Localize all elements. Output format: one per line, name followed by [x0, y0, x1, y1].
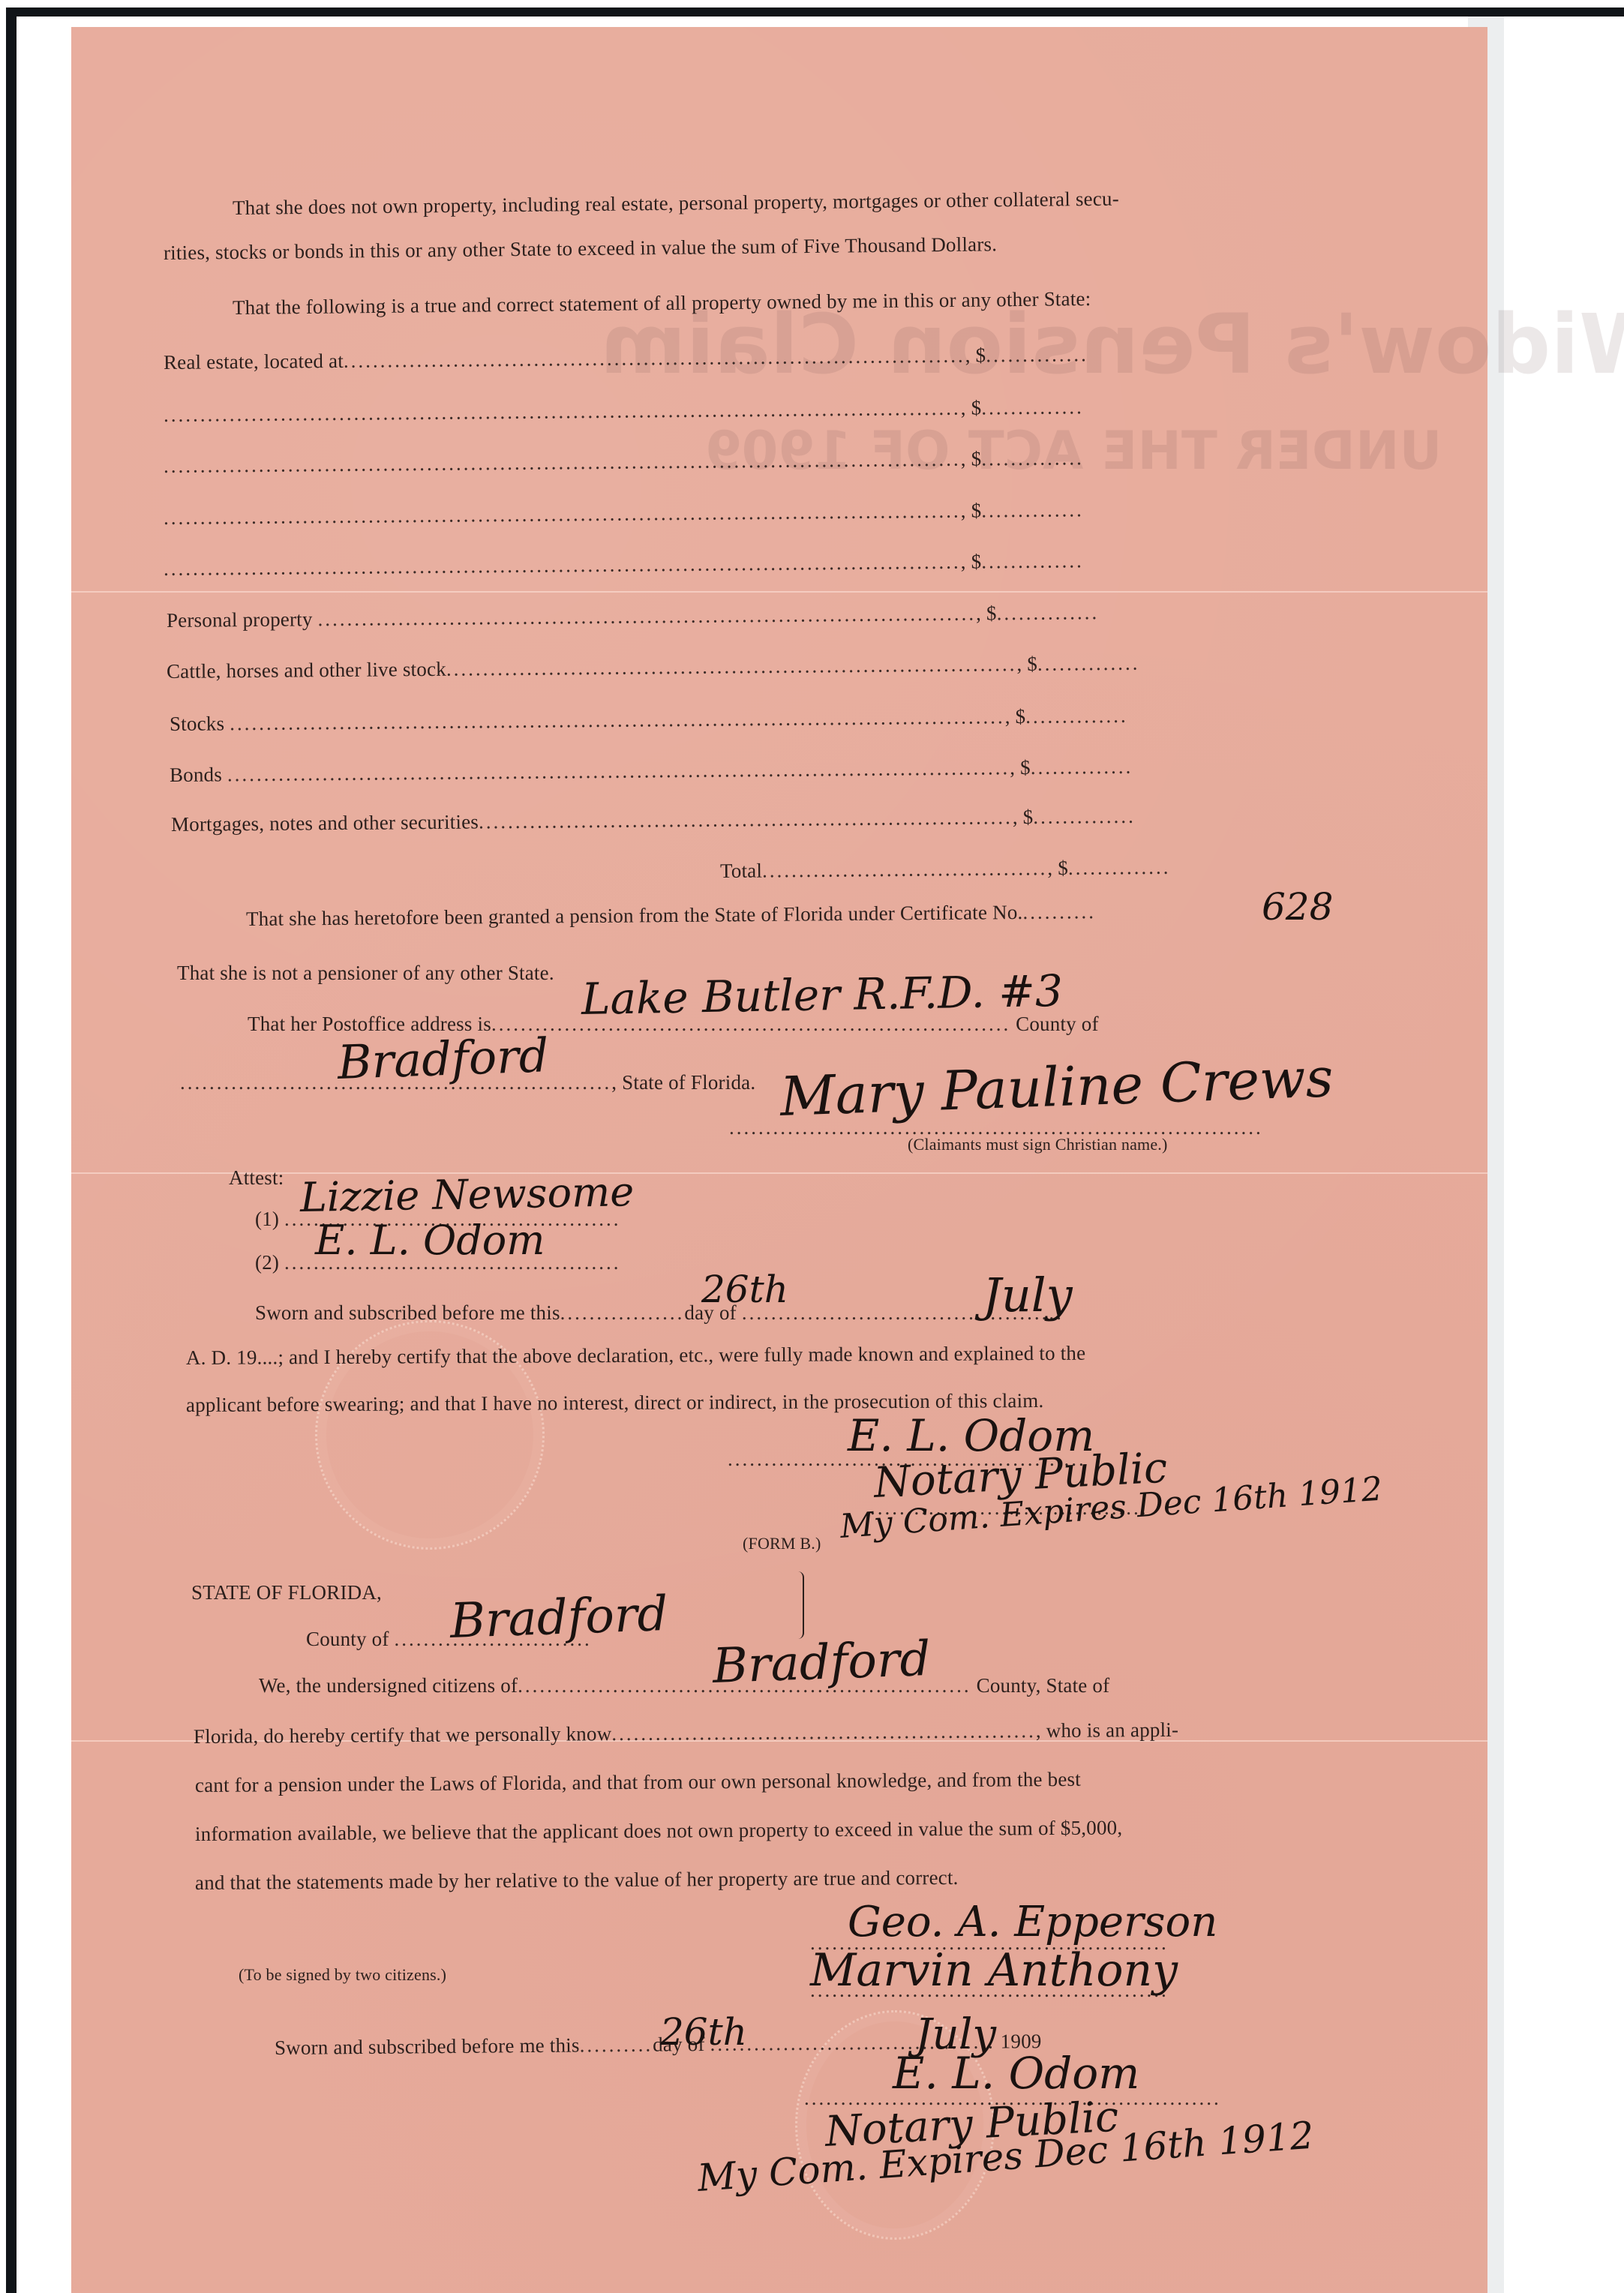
row-label: Bonds [170, 763, 222, 786]
row-label: Personal property [167, 608, 313, 632]
state-of-florida-heading: STATE OF FLORIDA, [191, 1581, 382, 1604]
attest-label: Attest: [229, 1166, 284, 1190]
paper-fold-line [71, 591, 1487, 593]
value-field[interactable]: .............. [981, 549, 1084, 572]
witness-1-signature[interactable]: Lizzie Newsome [299, 1168, 634, 1221]
form-b-label: (FORM B.) [743, 1534, 821, 1553]
claimant-note: (Claimants must sign Christian name.) [908, 1135, 1168, 1154]
value-field[interactable]: .............. [981, 395, 1084, 419]
citizens-county-value[interactable]: Bradford [712, 1631, 932, 1694]
dollar-sign: $ [1027, 653, 1037, 675]
sworn-line-1: Sworn and subscribed before me this.....… [255, 1301, 1064, 1325]
citizen-signature-2[interactable]: Marvin Anthony [810, 1944, 1178, 1997]
notary-signature-2[interactable]: E. L. Odom [893, 2048, 1139, 2099]
value-field[interactable]: .............. [981, 498, 1084, 521]
value-field[interactable]: .............. [1068, 856, 1171, 879]
value-field[interactable]: .............. [981, 446, 1084, 470]
dollar-sign: $ [971, 550, 981, 572]
certificate-number[interactable]: 628 [1262, 885, 1333, 929]
dollar-sign: $ [986, 602, 997, 624]
sworn-day-value[interactable]: 26th [701, 1268, 788, 1311]
row-label: Cattle, horses and other live stock [167, 658, 446, 683]
postoffice-address-value[interactable]: Lake Butler R.F.D. #3 [581, 965, 1063, 1025]
dollar-sign: $ [1058, 857, 1068, 879]
form-b-county-value[interactable]: Bradford [449, 1586, 669, 1649]
county-bracket [795, 1571, 804, 1639]
dollar-sign: $ [975, 344, 986, 366]
value-field[interactable]: .............. [1025, 704, 1128, 728]
dollar-sign: $ [1015, 705, 1025, 728]
value-field[interactable]: .............. [986, 343, 1088, 366]
witness-2-signature[interactable]: E. L. Odom [315, 1217, 545, 1264]
sworn-month-value[interactable]: July [983, 1268, 1073, 1322]
not-pensioner-line: That she is not a pensioner of any other… [177, 962, 554, 985]
citizens-line: We, the undersigned citizens of.........… [259, 1674, 1109, 1697]
dollar-sign: $ [1023, 806, 1034, 828]
row-label: Real estate, located at [164, 350, 344, 374]
applicant-name-field[interactable]: ........................................… [611, 1719, 1036, 1745]
citizen-signature-1[interactable]: Geo. A. Epperson [848, 1898, 1217, 1946]
form-b-sworn-day[interactable]: 26th [660, 2010, 747, 2054]
value-field[interactable]: .............. [1037, 652, 1140, 675]
value-field[interactable]: .............. [1033, 805, 1136, 828]
value-field[interactable]: .............. [996, 601, 1099, 624]
property-row-total: Total...................................… [720, 856, 1171, 883]
row-label: Stocks [170, 712, 224, 735]
row-label: Mortgages, notes and other securities [171, 810, 479, 836]
dollar-sign: $ [971, 447, 981, 470]
county-value[interactable]: Bradford [337, 1028, 550, 1090]
dollar-sign: $ [971, 396, 981, 419]
scanner-frame-left [6, 8, 17, 2293]
signers-note: (To be signed by two citizens.) [239, 1965, 446, 1985]
certify-line-1: A. D. 19....; and I hereby certify that … [186, 1342, 1085, 1370]
value-field[interactable]: .............. [1031, 755, 1133, 779]
dollar-sign: $ [1020, 756, 1031, 779]
row-label: Total [720, 860, 762, 882]
dollar-sign: $ [971, 499, 981, 521]
scanner-frame-top [6, 8, 1624, 17]
